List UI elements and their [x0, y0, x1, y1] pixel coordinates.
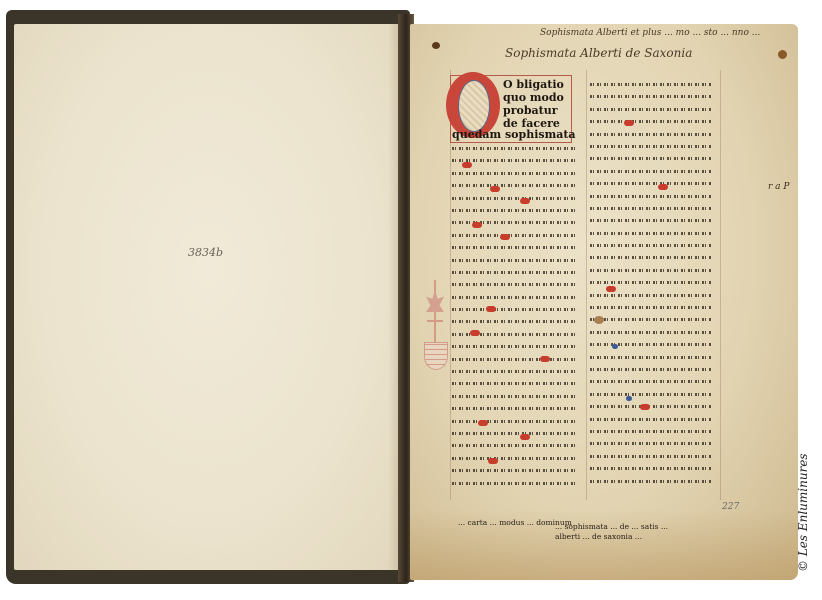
- copyright-credit: © Les Enluminures: [796, 453, 810, 572]
- rubric-mark: [488, 458, 498, 464]
- rubric-mark: [490, 186, 500, 192]
- text-column-b: [590, 78, 718, 486]
- ruling-line: [720, 70, 721, 500]
- rubric-mark: [624, 120, 634, 126]
- footnote-right: ... sophismata ... de ... satis ... albe…: [555, 522, 695, 542]
- margin-note: r a P: [768, 182, 789, 192]
- incipit-last-line: quedam sophismata: [452, 128, 576, 141]
- left-flyleaf: [14, 24, 402, 570]
- blue-paraph: [612, 344, 618, 349]
- ruling-line: [586, 70, 587, 500]
- incipit-line: quo modo: [503, 91, 569, 104]
- rubric-mark: [640, 404, 650, 410]
- header-note-1: Sophismata Alberti et plus ... mo ... st…: [540, 28, 760, 38]
- rubric-mark: [540, 356, 550, 362]
- rubric-mark: [472, 222, 482, 228]
- rubric-mark: [520, 434, 530, 440]
- header-note-2: Sophismata Alberti de Saxonia: [505, 46, 692, 60]
- stain-spot: [778, 50, 787, 59]
- rubric-mark: [462, 162, 472, 168]
- rubric-mark: [486, 306, 496, 312]
- blue-paraph: [626, 396, 632, 401]
- stain-spot: [594, 316, 604, 324]
- rubric-mark: [520, 198, 530, 204]
- rubric-mark: [470, 330, 480, 336]
- text-column-a: [452, 142, 584, 487]
- rubric-mark: [606, 286, 616, 292]
- rubric-mark: [658, 184, 668, 190]
- stain-spot: [432, 42, 440, 49]
- incipit-line: probatur: [503, 104, 569, 117]
- manuscript-photo: 3834b Sophismata Alberti et plus ... mo …: [0, 0, 822, 600]
- incipit-text: O bligatio quo modo probatur de facere: [503, 78, 569, 130]
- coat-of-arms-drawing: [424, 280, 446, 370]
- shelfmark-note: 3834b: [188, 246, 223, 259]
- incipit-line: O bligatio: [503, 78, 569, 91]
- initial-infill: [458, 80, 490, 132]
- folio-number: 227: [722, 502, 739, 512]
- rubric-mark: [500, 234, 510, 240]
- rubric-mark: [478, 420, 488, 426]
